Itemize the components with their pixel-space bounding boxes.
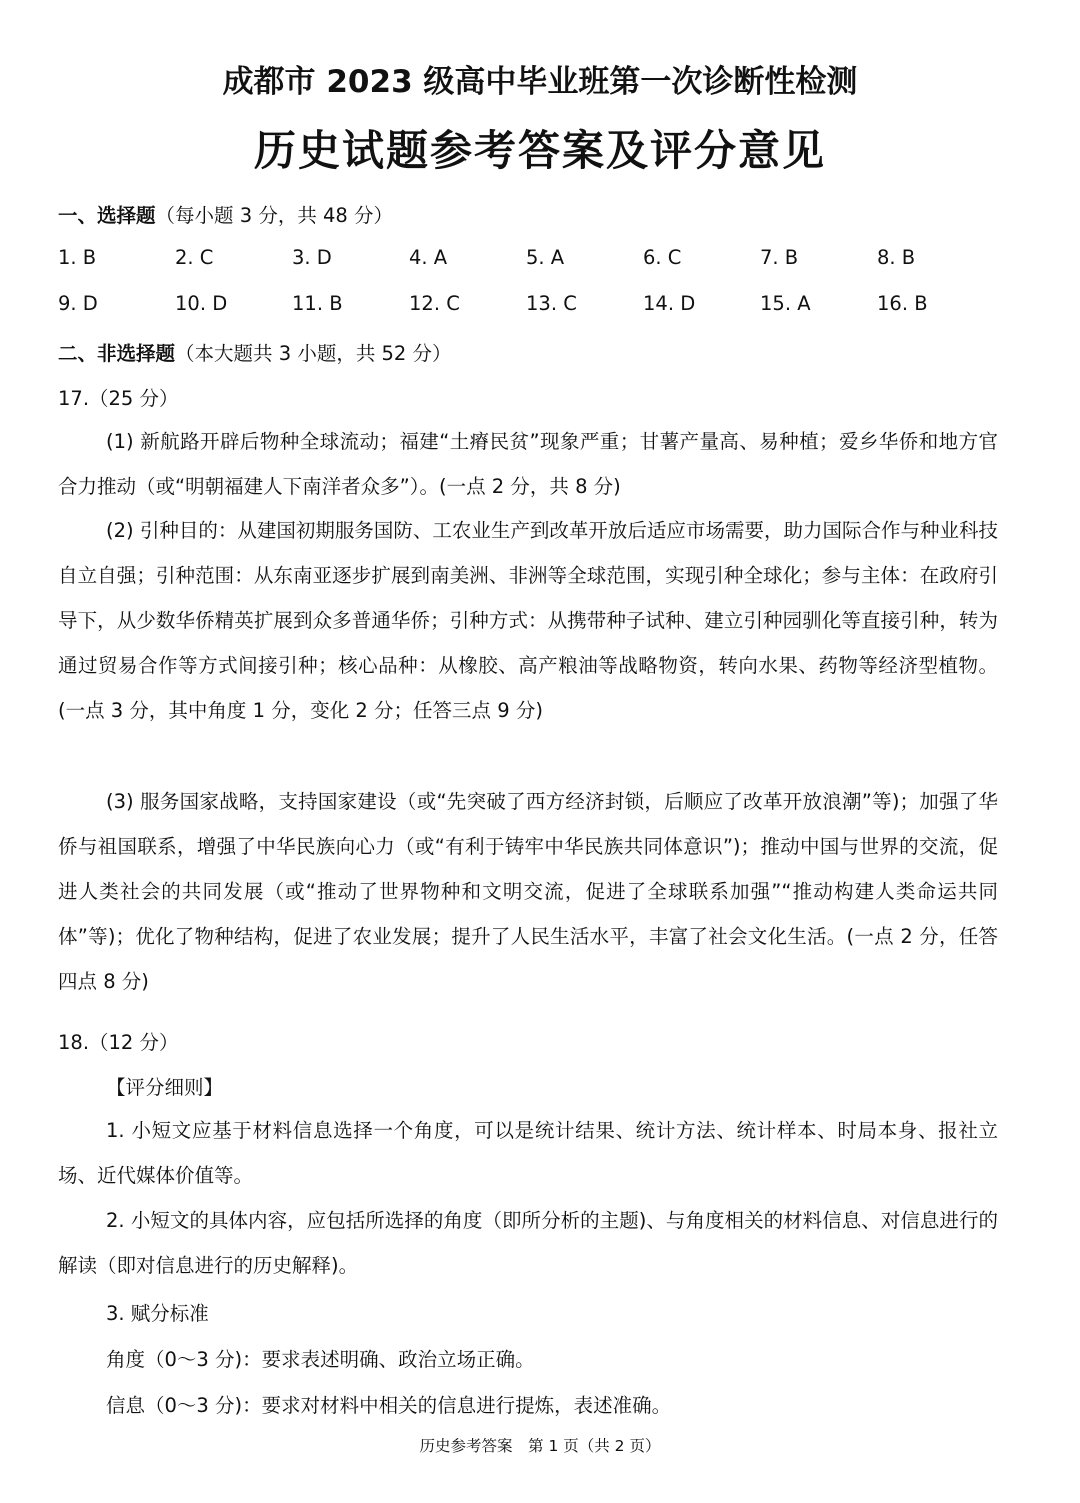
q18-item1: 1. 小短文应基于材料信息选择一个角度，可以是统计结果、统计方法、统计样本、时局… <box>58 1108 998 1198</box>
section2-heading-label: 二、非选择题 <box>58 342 175 365</box>
answer-1: 1. B <box>58 246 96 269</box>
answer-3: 3. D <box>292 246 332 269</box>
answer-12: 12. C <box>409 292 460 315</box>
q18-criterion-angle: 角度（0～3 分)：要求表述明确、政治立场正确。 <box>106 1344 535 1372</box>
q17-part3: (3) 服务国家战略，支持国家建设（或“先突破了西方经济封锁，后顺应了改革开放浪… <box>58 779 998 1004</box>
q18-item2: 2. 小短文的具体内容，应包括所选择的角度（即所分析的主题)、与角度相关的材料信… <box>58 1198 998 1288</box>
answer-11: 11. B <box>292 292 343 315</box>
answer-5: 5. A <box>526 246 564 269</box>
section1-heading-note: （每小题 3 分，共 48 分） <box>156 204 394 227</box>
page-footer: 历史参考答案 第 1 页（共 2 页） <box>0 1434 1080 1456</box>
q17-label: 17.（25 分） <box>58 383 179 411</box>
answer-9: 9. D <box>58 292 98 315</box>
q18-label: 18.（12 分） <box>58 1027 179 1055</box>
answer-15: 15. A <box>760 292 811 315</box>
answer-14: 14. D <box>643 292 695 315</box>
q18-item3: 3. 赋分标准 <box>106 1298 209 1326</box>
q18-rubric-heading: 【评分细则】 <box>106 1072 223 1100</box>
answer-7: 7. B <box>760 246 798 269</box>
q17-part2: (2) 引种目的：从建国初期服务国防、工农业生产到改革开放后适应市场需要，助力国… <box>58 508 998 733</box>
answer-16: 16. B <box>877 292 928 315</box>
answer-13: 13. C <box>526 292 577 315</box>
exam-title: 成都市 2023 级高中毕业班第一次诊断性检测 <box>0 56 1080 101</box>
answer-6: 6. C <box>643 246 681 269</box>
section2-heading-note: （本大题共 3 小题，共 52 分） <box>175 342 452 365</box>
document-page: 成都市 2023 级高中毕业班第一次诊断性检测 历史试题参考答案及评分意见 一、… <box>0 0 1080 1503</box>
answer-10: 10. D <box>175 292 227 315</box>
answer-2: 2. C <box>175 246 213 269</box>
q17-part1: (1) 新航路开辟后物种全球流动；福建“土瘠民贫”现象严重；甘薯产量高、易种植；… <box>58 419 998 509</box>
section1-heading-label: 一、选择题 <box>58 204 156 227</box>
answer-4: 4. A <box>409 246 447 269</box>
q18-criterion-info: 信息（0～3 分)：要求对材料中相关的信息进行提炼，表述准确。 <box>106 1390 671 1418</box>
document-title: 历史试题参考答案及评分意见 <box>0 118 1080 178</box>
answer-8: 8. B <box>877 246 915 269</box>
section2-heading: 二、非选择题（本大题共 3 小题，共 52 分） <box>58 338 452 366</box>
section1-heading: 一、选择题（每小题 3 分，共 48 分） <box>58 200 393 228</box>
